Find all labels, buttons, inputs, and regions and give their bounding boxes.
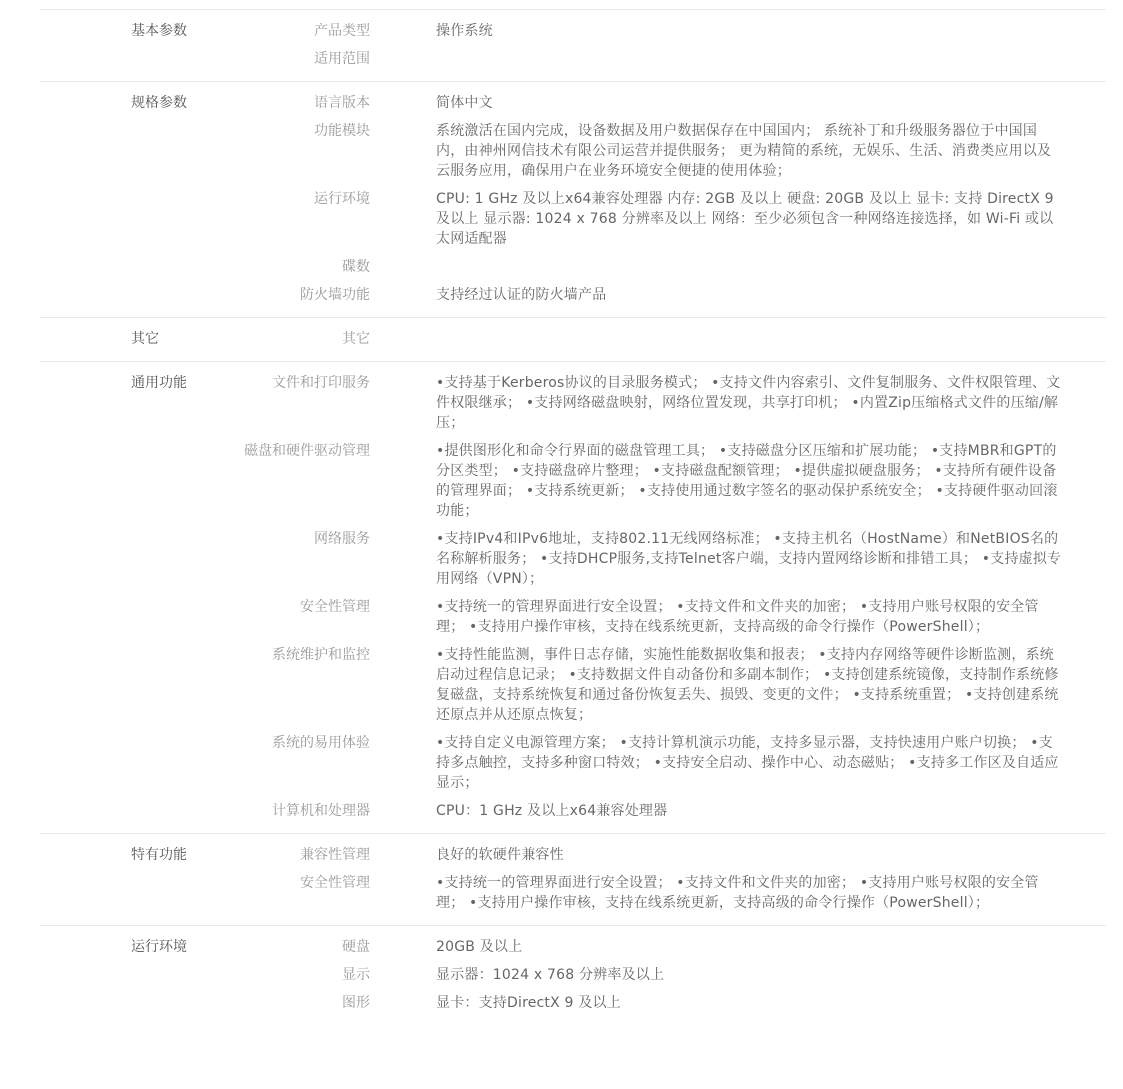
spec-row: 网络服务•支持IPv4和IPv6地址，支持802.11无线网络标准； •支持主机… [200,529,1106,589]
spec-group-other: 其它 其它 [40,318,1106,362]
row-label: 兼容性管理 [200,845,370,865]
row-value: 显卡：支持DirectX 9 及以上 [436,993,1064,1013]
row-value: CPU：1 GHz 及以上x64兼容处理器 [436,801,1064,821]
row-label: 硬盘 [200,937,370,957]
row-label: 显示 [200,965,370,985]
row-value: 20GB 及以上 [436,937,1064,957]
spec-row: 系统维护和监控•支持性能监测，事件日志存储，实施性能数据收集和报表； •支持内存… [200,645,1106,725]
row-label: 语言版本 [200,93,370,113]
row-label: 磁盘和硬件驱动管理 [200,441,370,521]
row-label: 计算机和处理器 [200,801,370,821]
spec-row: 碟数 [200,257,1106,277]
spec-row: 磁盘和硬件驱动管理•提供图形化和命令行界面的磁盘管理工具； •支持磁盘分区压缩和… [200,441,1106,521]
group-title: 基本参数 [40,21,200,69]
row-label: 安全性管理 [200,873,370,913]
spec-row: 其它 [200,329,1106,349]
spec-row: 兼容性管理良好的软硬件兼容性 [200,845,1106,865]
row-label: 安全性管理 [200,597,370,637]
group-title: 规格参数 [40,93,200,305]
row-label: 其它 [200,329,370,349]
row-label: 功能模块 [200,121,370,181]
row-value: 系统激活在国内完成，设备数据及用户数据保存在中国国内； 系统补丁和升级服务器位于… [436,121,1064,181]
row-value: 良好的软硬件兼容性 [436,845,1064,865]
row-value: •支持性能监测，事件日志存储，实施性能数据收集和报表； •支持内存网络等硬件诊断… [436,645,1064,725]
row-value: 支持经过认证的防火墙产品 [436,285,1064,305]
row-value: •提供图形化和命令行界面的磁盘管理工具； •支持磁盘分区压缩和扩展功能； •支持… [436,441,1064,521]
spec-row: 安全性管理•支持统一的管理界面进行安全设置； •支持文件和文件夹的加密； •支持… [200,597,1106,637]
spec-row: 安全性管理•支持统一的管理界面进行安全设置； •支持文件和文件夹的加密； •支持… [200,873,1106,913]
spec-row: 系统的易用体验•支持自定义电源管理方案； •支持计算机演示功能，支持多显示器，支… [200,733,1106,793]
spec-group-special-features: 特有功能 兼容性管理良好的软硬件兼容性 安全性管理•支持统一的管理界面进行安全设… [40,834,1106,926]
group-title: 运行环境 [40,937,200,1013]
row-label: 防火墙功能 [200,285,370,305]
spec-row: 硬盘20GB 及以上 [200,937,1106,957]
row-value: •支持基于Kerberos协议的目录服务模式； •支持文件内容索引、文件复制服务… [436,373,1064,433]
spec-table: 基本参数 产品类型操作系统 适用范围 规格参数 语言版本简体中文 功能模块系统激… [40,9,1106,1025]
spec-row: 语言版本简体中文 [200,93,1106,113]
spec-row: 运行环境CPU: 1 GHz 及以上x64兼容处理器 内存: 2GB 及以上 硬… [200,189,1106,249]
row-value [436,49,1064,69]
row-label: 网络服务 [200,529,370,589]
row-value: •支持统一的管理界面进行安全设置； •支持文件和文件夹的加密； •支持用户账号权… [436,597,1064,637]
row-label: 运行环境 [200,189,370,249]
row-label: 文件和打印服务 [200,373,370,433]
spec-group-general-features: 通用功能 文件和打印服务•支持基于Kerberos协议的目录服务模式； •支持文… [40,362,1106,834]
spec-row: 显示显示器：1024 x 768 分辨率及以上 [200,965,1106,985]
spec-row: 功能模块系统激活在国内完成，设备数据及用户数据保存在中国国内； 系统补丁和升级服… [200,121,1106,181]
row-label: 适用范围 [200,49,370,69]
row-value: •支持IPv4和IPv6地址，支持802.11无线网络标准； •支持主机名（Ho… [436,529,1064,589]
row-value: 操作系统 [436,21,1064,41]
group-title: 通用功能 [40,373,200,821]
spec-row: 产品类型操作系统 [200,21,1106,41]
row-value: 简体中文 [436,93,1064,113]
row-label: 产品类型 [200,21,370,41]
row-value: CPU: 1 GHz 及以上x64兼容处理器 内存: 2GB 及以上 硬盘: 2… [436,189,1064,249]
spec-row: 计算机和处理器CPU：1 GHz 及以上x64兼容处理器 [200,801,1106,821]
row-label: 系统维护和监控 [200,645,370,725]
spec-group-specs: 规格参数 语言版本简体中文 功能模块系统激活在国内完成，设备数据及用户数据保存在… [40,82,1106,318]
row-value: •支持自定义电源管理方案； •支持计算机演示功能，支持多显示器，支持快速用户账户… [436,733,1064,793]
row-value [436,329,1064,349]
spec-row: 防火墙功能支持经过认证的防火墙产品 [200,285,1106,305]
row-value [436,257,1064,277]
row-value: •支持统一的管理界面进行安全设置； •支持文件和文件夹的加密； •支持用户账号权… [436,873,1064,913]
row-label: 系统的易用体验 [200,733,370,793]
spec-group-runtime-env: 运行环境 硬盘20GB 及以上 显示显示器：1024 x 768 分辨率及以上 … [40,926,1106,1025]
spec-row: 适用范围 [200,49,1106,69]
group-title: 其它 [40,329,200,349]
row-label: 图形 [200,993,370,1013]
row-value: 显示器：1024 x 768 分辨率及以上 [436,965,1064,985]
spec-row: 文件和打印服务•支持基于Kerberos协议的目录服务模式； •支持文件内容索引… [200,373,1106,433]
spec-group-basic: 基本参数 产品类型操作系统 适用范围 [40,10,1106,82]
spec-row: 图形显卡：支持DirectX 9 及以上 [200,993,1106,1013]
group-title: 特有功能 [40,845,200,913]
row-label: 碟数 [200,257,370,277]
